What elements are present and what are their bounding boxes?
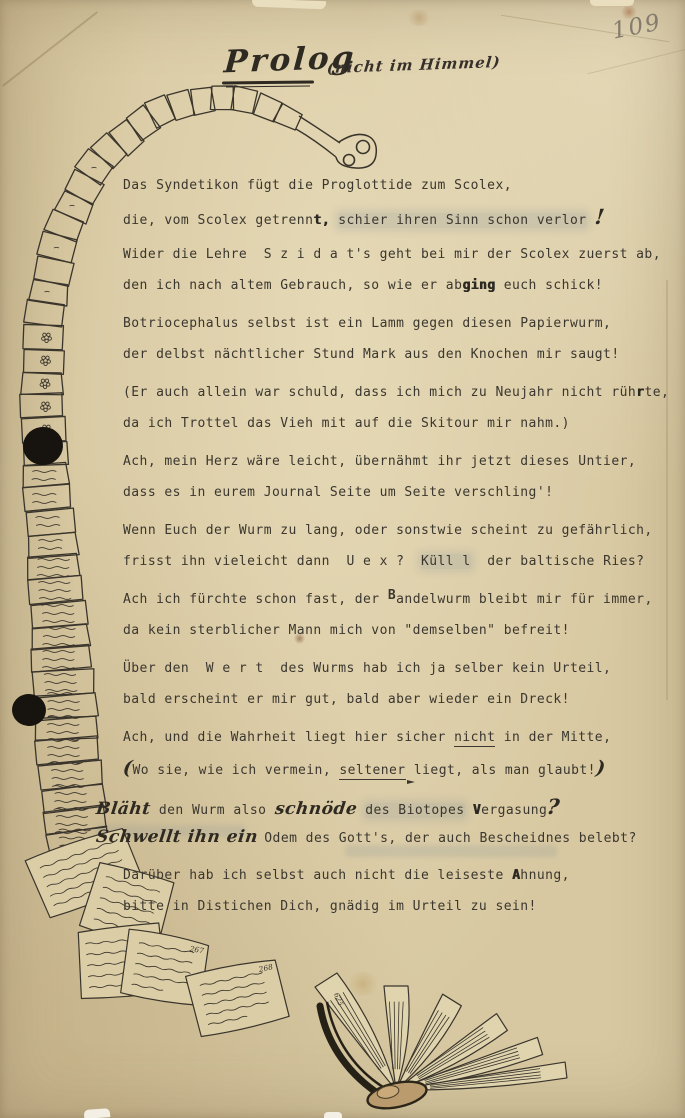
typed-text: dass es in eurem Journal Seite um Seite … [123, 485, 553, 500]
manuscript-page: 267268625 109 Prolog (nicht im Himmel) D… [0, 0, 685, 1118]
poem-line: Botriocephalus selbst ist ein Lamm gegen… [123, 308, 669, 339]
poem-stanza: Das Syndetikon fügt die Proglottide zum … [123, 170, 669, 232]
poem-line: die, vom Scolex getrennt, schier ihren S… [123, 201, 669, 232]
journal-page [396, 1037, 543, 1090]
page-tear [590, 0, 634, 6]
handwritten-correction: schnöde [273, 794, 359, 825]
poem-stanza: Wider die Lehre S z i d a t's geht bei m… [123, 239, 669, 301]
journal-page [384, 986, 409, 1090]
typed-text: bald erscheint er mir gut, bald aber wie… [123, 692, 570, 707]
poem-line: Über den W e r t des Wurms hab ich ja se… [123, 653, 669, 684]
poem-body: Das Syndetikon fügt die Proglottide zum … [123, 170, 669, 929]
typed-overstrike: ging [462, 278, 495, 293]
poem-stanza: Wenn Euch der Wurm zu lang, oder sonstwi… [123, 515, 669, 577]
poem-line: Wider die Lehre S z i d a t's geht bei m… [123, 239, 669, 270]
typed-text: den Wurm also [151, 803, 275, 818]
typed-text: liegt, als man glaubt! [406, 763, 596, 778]
smudged-text: schier ihren Sinn schon verlor [338, 213, 586, 228]
typed-text: den ich nach altem Gebrauch, so wie er a… [123, 278, 462, 293]
poem-line: Wenn Euch der Wurm zu lang, oder sonstwi… [123, 515, 669, 546]
typed-text: Botriocephalus selbst ist ein Lamm gegen… [123, 316, 611, 331]
typed-text: da ich Trottel das Vieh mit auf die Skit… [123, 416, 570, 431]
poem-line: Ach ich fürchte schon fast, der Bandelwu… [123, 584, 669, 615]
page-tear [324, 1112, 342, 1118]
typed-text: Wenn Euch der Wurm zu lang, oder sonstwi… [123, 523, 653, 538]
typed-text: te, [644, 385, 669, 400]
typed-text: hnung, [520, 868, 570, 883]
paper-stain [406, 10, 432, 26]
underlined-word: seltener [339, 763, 405, 780]
poem-line: bald erscheint er mir gut, bald aber wie… [123, 684, 669, 715]
poem-line: der delbst nächtlicher Stund Mark aus de… [123, 339, 669, 370]
sheet-page-number: 268 [257, 962, 274, 974]
tapeworm-head [296, 116, 376, 168]
poem-stanza: Ach, und die Wahrheit liegt hier sicher … [123, 722, 669, 784]
poem-stanza: (Er auch allein war schuld, dass ich mic… [123, 377, 669, 439]
typed-text: andelwurm bleibt mir für immer, [396, 592, 653, 607]
poem-line: da ich Trottel das Vieh mit auf die Skit… [123, 408, 669, 439]
typed-overstrike: V [473, 803, 481, 818]
typed-text: Darüber hab ich selbst auch nicht die le… [123, 868, 512, 883]
poem-stanza: Ach, mein Herz wäre leicht, übernähmt ih… [123, 446, 669, 508]
typed-text: der delbst nächtlicher Stund Mark aus de… [123, 347, 620, 362]
poem-line: Das Syndetikon fügt die Proglottide zum … [123, 170, 669, 201]
typed-text [357, 803, 365, 818]
poem-line: (Er auch allein war schuld, dass ich mic… [123, 377, 669, 408]
poem-line: frisst ihn vieleicht dann U e x ? Küll l… [123, 546, 669, 577]
typed-text: die, vom Scolex getrenn [123, 213, 313, 228]
journal-spine-base [365, 1077, 429, 1113]
typed-text: (Er auch allein war schuld, dass ich mic… [123, 385, 636, 400]
typed-text [330, 213, 338, 228]
typed-text: da kein sterblicher Mann mich von "demse… [123, 623, 570, 638]
paper-crease [2, 11, 98, 86]
title-underline [226, 86, 310, 88]
poem-line: bitte in Distichen Dich, gnädig im Urtei… [123, 891, 669, 922]
journal-page [396, 994, 461, 1090]
typed-text: bitte in Distichen Dich, gnädig im Urtei… [123, 899, 537, 914]
journal-page [396, 1062, 567, 1090]
falling-sheet: 267 [118, 928, 211, 1008]
poem-stanza: Darüber hab ich selbst auch nicht die le… [123, 860, 669, 922]
poem-line: Bläht den Wurm also schnöde des Biotopes… [96, 791, 669, 822]
poem-stanza: Botriocephalus selbst ist ein Lamm gegen… [123, 308, 669, 370]
journal-cover [320, 1006, 392, 1102]
page-tear [84, 1108, 111, 1118]
poem-line: Ach, mein Herz wäre leicht, übernähmt ih… [123, 446, 669, 477]
typed-text: Über den W e r t des Wurms hab ich ja se… [123, 661, 611, 676]
typed-overstrike: t, [313, 213, 330, 228]
typed-text: Ach ich fürchte schon fast, der [123, 592, 388, 607]
smudged-text: des Biotopes [365, 803, 464, 818]
typed-text: Wider die Lehre S z i d a t's geht bei m… [123, 247, 661, 262]
typed-text: frisst ihn vieleicht dann U e x ? [123, 554, 421, 569]
typed-text: der baltische Ries? [471, 554, 645, 569]
handwritten-paren: ( [121, 753, 134, 784]
poem-stanza: Über den W e r t des Wurms hab ich ja se… [123, 653, 669, 715]
poem-line: den ich nach altem Gebrauch, so wie er a… [123, 270, 669, 301]
typed-text: ergasung [481, 803, 547, 818]
raised-letter: B [388, 588, 396, 603]
handwritten-correction: Bläht [94, 794, 152, 825]
handwritten-correction: Schwellt ihn ein [94, 822, 266, 853]
poem-line: (Wo sie, wie ich vermein, seltener liegt… [123, 753, 669, 784]
typed-text: Ach, mein Herz wäre leicht, übernähmt ih… [123, 454, 636, 469]
typed-text [465, 803, 473, 818]
paper-stain [346, 972, 380, 996]
poem-stanza: Ach ich fürchte schon fast, der Bandelwu… [123, 584, 669, 646]
falling-sheet [75, 923, 166, 1001]
handwritten-mark: ! [593, 201, 606, 232]
paper-crease [587, 47, 685, 75]
sheet-page-number: 267 [188, 944, 205, 956]
typed-text: Odem des Gott's, der auch Bescheidnes be… [264, 831, 636, 846]
scolex-sucker [357, 141, 370, 154]
poem-line: dass es in eurem Journal Seite um Seite … [123, 477, 669, 508]
title-underline [222, 81, 314, 85]
journal-page-number: 625 [332, 992, 345, 1008]
typed-text: euch schick! [495, 278, 603, 293]
typed-text: Das Syndetikon fügt die Proglottide zum … [123, 178, 512, 193]
poem-line: Darüber hab ich selbst auch nicht die le… [123, 860, 669, 891]
handwritten-paren: ) [594, 753, 607, 784]
smudged-text: Küll l [421, 554, 471, 569]
poem-line: Schwellt ihn ein Odem des Gott's, der au… [96, 822, 669, 853]
underlined-word: nicht [454, 730, 495, 747]
poem-stanza: Bläht den Wurm also schnöde des Biotopes… [96, 791, 669, 853]
typed-text: Ach, und die Wahrheit liegt hier sicher [123, 730, 454, 745]
falling-sheet: 268 [185, 956, 289, 1038]
journal-page [396, 1014, 507, 1090]
typed-text: in der Mitte, [495, 730, 611, 745]
ink-blobs [10, 424, 65, 727]
scolex-sucker [344, 155, 355, 166]
page-tear [252, 0, 326, 9]
handwritten-mark: ? [545, 791, 562, 822]
poem-line: Ach, und die Wahrheit liegt hier sicher … [123, 722, 669, 753]
typed-text: Wo sie, wie ich vermein, [132, 763, 339, 778]
poem-line: da kein sterblicher Mann mich von "demse… [123, 615, 669, 646]
